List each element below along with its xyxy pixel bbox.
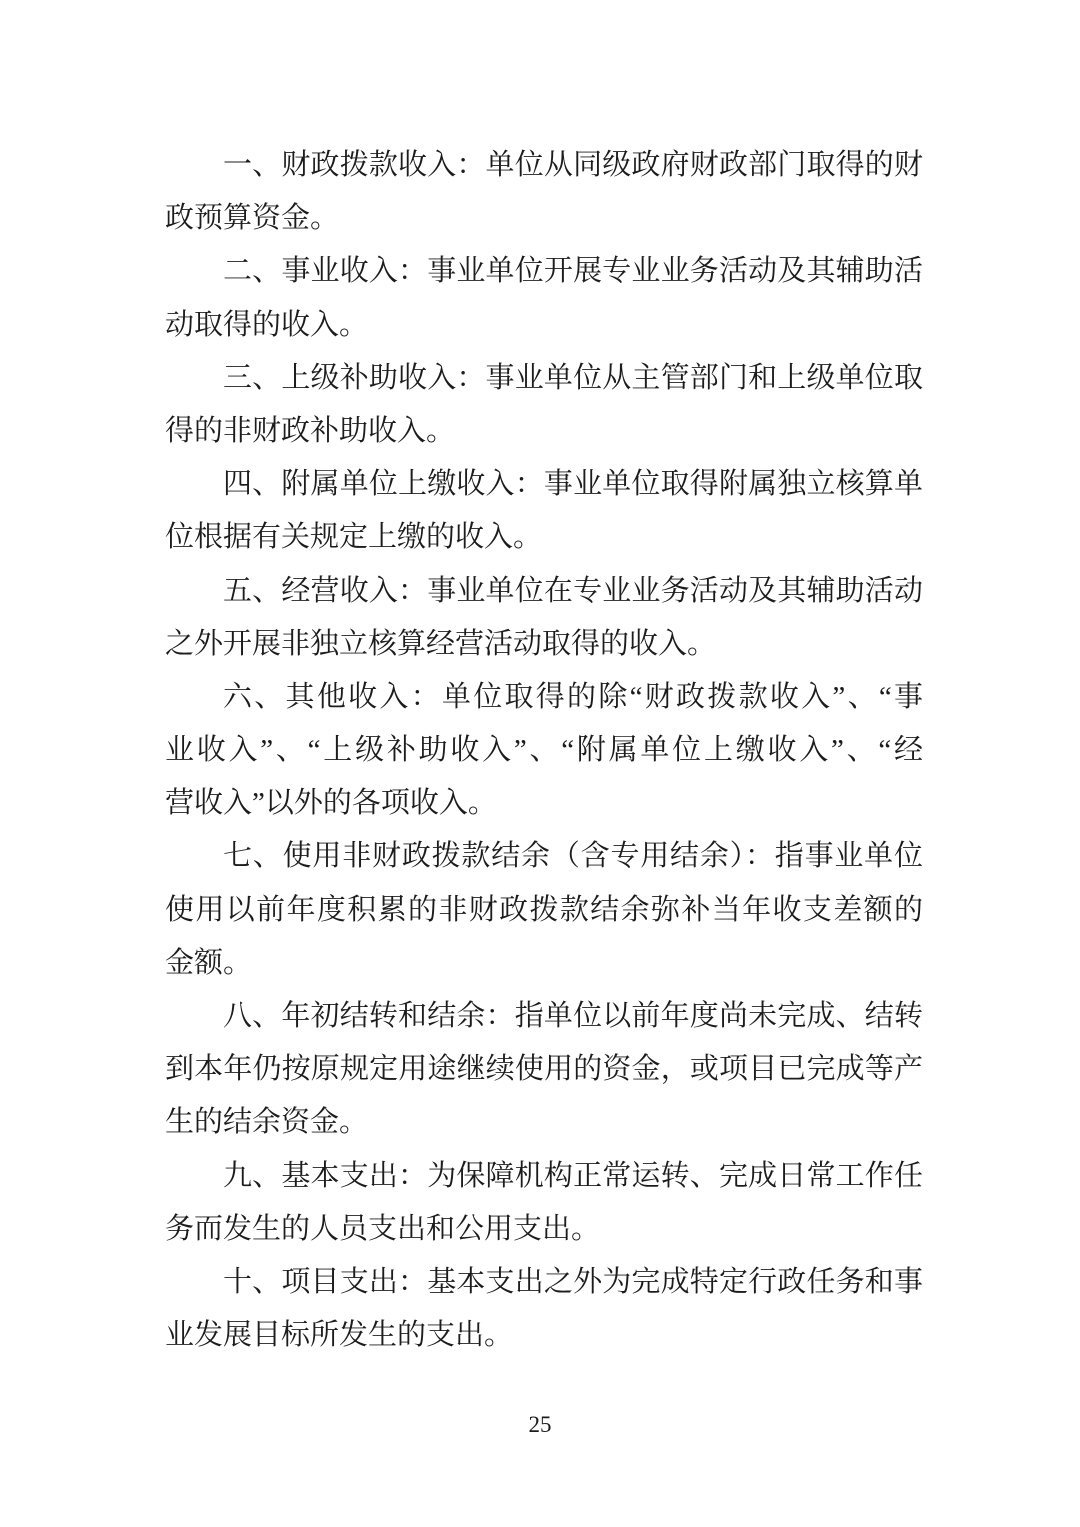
text-line: 十、项目支出：基本支出之外为完成特定行政任务和事: [165, 1256, 923, 1309]
text-line: 业发展目标所发生的支出。: [165, 1309, 923, 1362]
document-page: 一、财政拨款收入：单位从同级政府财政部门取得的财政预算资金。二、事业收入：事业单…: [0, 0, 1080, 1527]
text-line: 务而发生的人员支出和公用支出。: [165, 1203, 923, 1256]
text-line: 营收入”以外的各项收入。: [165, 777, 923, 830]
text-line: 七、使用非财政拨款结余（含专用结余）：指事业单位: [165, 830, 923, 883]
text-line: 政预算资金。: [165, 192, 923, 245]
text-line: 八、年初结转和结余：指单位以前年度尚未完成、结转: [165, 990, 923, 1043]
text-line: 之外开展非独立核算经营活动取得的收入。: [165, 618, 923, 671]
text-line: 使用以前年度积累的非财政拨款结余弥补当年收支差额的: [165, 884, 923, 937]
text-line: 金额。: [165, 937, 923, 990]
text-line: 一、财政拨款收入：单位从同级政府财政部门取得的财: [165, 139, 923, 192]
text-line: 九、基本支出：为保障机构正常运转、完成日常工作任: [165, 1150, 923, 1203]
page-number: 25: [0, 1412, 1080, 1438]
text-line: 业收入”、“上级补助收入”、“附属单位上缴收入”、“经: [165, 724, 923, 777]
text-line: 位根据有关规定上缴的收入。: [165, 511, 923, 564]
text-line: 四、附属单位上缴收入：事业单位取得附属独立核算单: [165, 458, 923, 511]
document-body: 一、财政拨款收入：单位从同级政府财政部门取得的财政预算资金。二、事业收入：事业单…: [165, 139, 923, 1362]
text-line: 六、其他收入：单位取得的除“财政拨款收入”、“事: [165, 671, 923, 724]
text-line: 生的结余资金。: [165, 1096, 923, 1149]
text-line: 动取得的收入。: [165, 299, 923, 352]
text-line: 到本年仍按原规定用途继续使用的资金，或项目已完成等产: [165, 1043, 923, 1096]
text-line: 五、经营收入：事业单位在专业业务活动及其辅助活动: [165, 565, 923, 618]
text-line: 三、上级补助收入：事业单位从主管部门和上级单位取: [165, 352, 923, 405]
text-line: 得的非财政补助收入。: [165, 405, 923, 458]
text-line: 二、事业收入：事业单位开展专业业务活动及其辅助活: [165, 245, 923, 298]
